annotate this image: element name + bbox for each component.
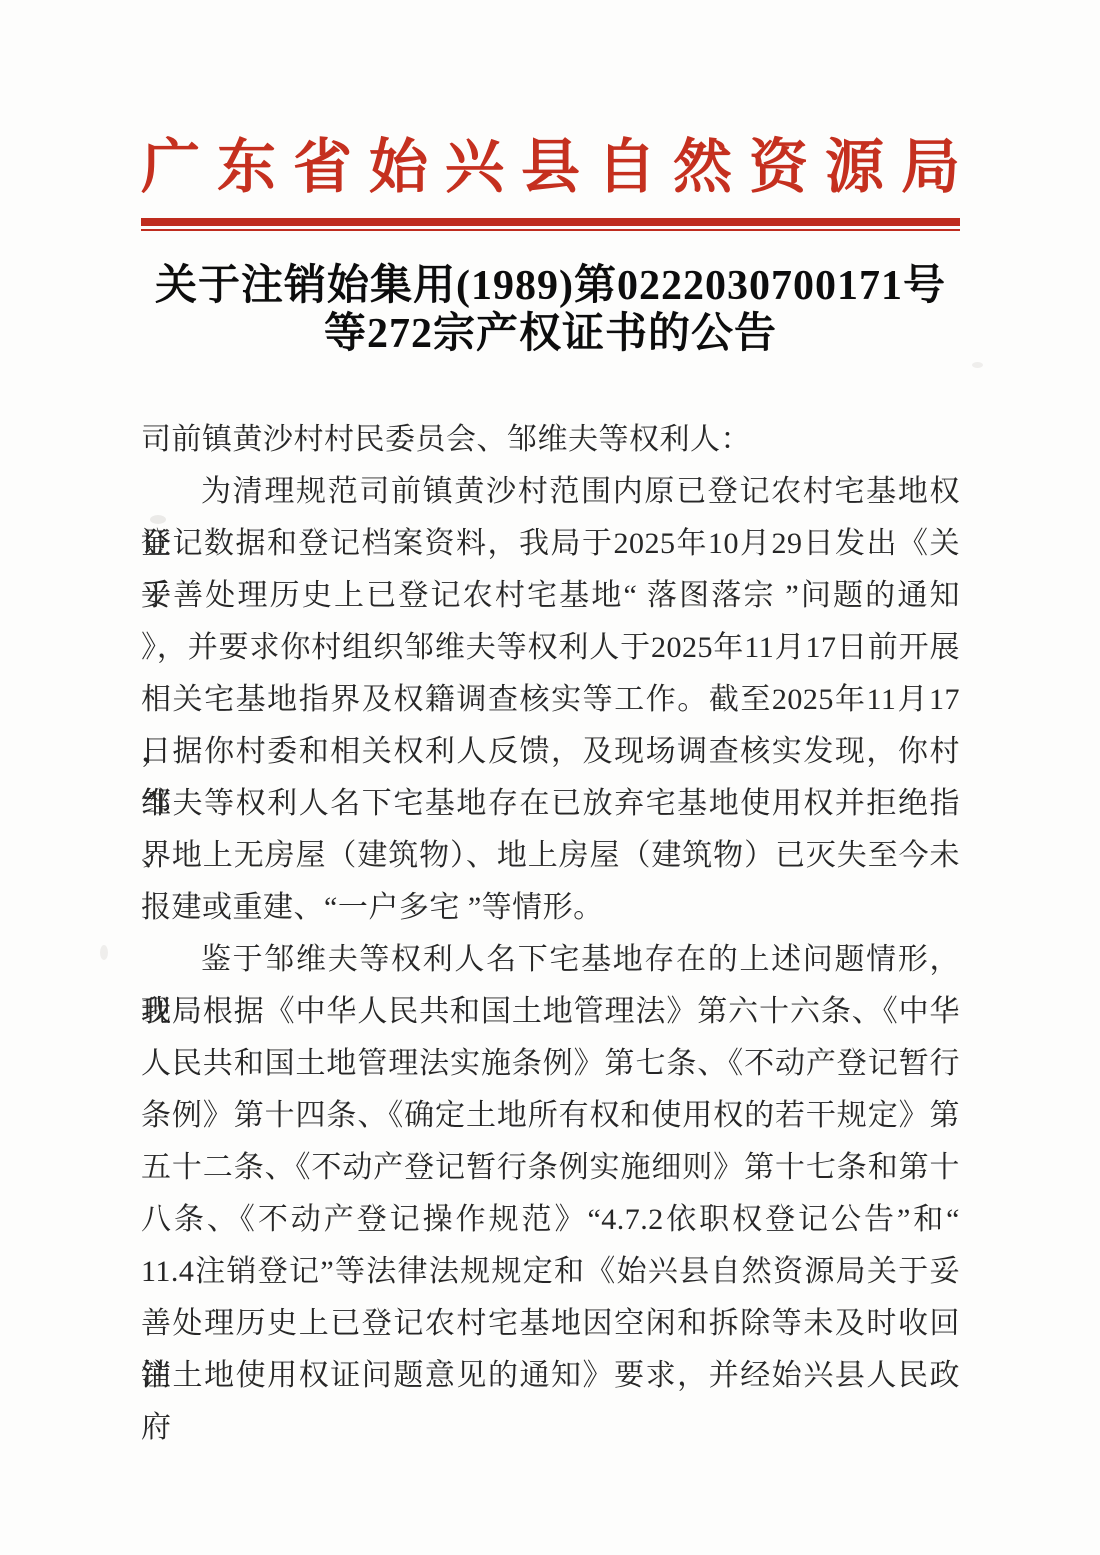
agency-name-header: 广东省始兴县自然资源局: [141, 136, 960, 198]
scan-artifact: [100, 945, 108, 960]
body-line: 相关宅基地指界及权籍调查核实等工作。截至2025年11月17日: [141, 674, 960, 726]
body-line: 为清理规范司前镇黄沙村范围内原已登记农村宅基地权证: [141, 466, 960, 518]
scan-artifact: [972, 362, 983, 368]
body-line: 五十二条、《不动产登记暂行条例实施细则》第十七条和第十: [141, 1142, 960, 1194]
body-line: 登记数据和登记档案资料，我局于2025年10月29日发出《关于: [141, 518, 960, 570]
notice-title-line2: 等272宗产权证书的公告: [141, 310, 960, 358]
body-line: 妥善处理历史上已登记农村宅基地“ 落图落宗 ”问题的通知: [141, 570, 960, 622]
red-rule-thin: [141, 229, 960, 231]
body-line: 人民共和国土地管理法实施条例》第七条、《不动产登记暂行: [141, 1038, 960, 1090]
notice-body: 司前镇黄沙村村民委员会、邹维夫等权利人：为清理规范司前镇黄沙村范围内原已登记农村…: [141, 414, 960, 1402]
document-content: 广东省始兴县自然资源局 关于注销始集用(1989)第0222030700171号…: [141, 0, 960, 1402]
document-page: 广东省始兴县自然资源局 关于注销始集用(1989)第0222030700171号…: [0, 0, 1100, 1555]
notice-title: 关于注销始集用(1989)第0222030700171号 等272宗产权证书的公…: [141, 262, 960, 358]
body-line: 鉴于邹维夫等权利人名下宅基地存在的上述问题情形，现: [141, 934, 960, 986]
notice-title-line1: 关于注销始集用(1989)第0222030700171号: [141, 262, 960, 310]
body-line: 我局根据《中华人民共和国土地管理法》第六十六条、《中华: [141, 986, 960, 1038]
body-line: 、地上无房屋（建筑物）、地上房屋（建筑物）已灭失至今未: [141, 830, 960, 882]
salutation-line: 司前镇黄沙村村民委员会、邹维夫等权利人：: [141, 414, 960, 466]
body-line: 》，并要求你村组织邹维夫等权利人于2025年11月17日前开展: [141, 622, 960, 674]
body-line: 销土地使用权证问题意见的通知》要求，并经始兴县人民政府: [141, 1350, 960, 1402]
body-line: 报建或重建、“一户多宅 ”等情形。: [141, 882, 960, 934]
body-line: ，据你村委和相关权利人反馈，及现场调查核实发现，你村邹: [141, 726, 960, 778]
body-line: 条例》第十四条、《确定土地所有权和使用权的若干规定》第: [141, 1090, 960, 1142]
body-line: 维夫等权利人名下宅基地存在已放弃宅基地使用权并拒绝指界: [141, 778, 960, 830]
body-line: 八条、《不动产登记操作规范》“4.7.2依职权登记公告”和“: [141, 1194, 960, 1246]
red-rule-thick: [141, 218, 960, 226]
body-line: 善处理历史上已登记农村宅基地因空闲和拆除等未及时收回注: [141, 1298, 960, 1350]
body-line: 11.4注销登记”等法律法规规定和《始兴县自然资源局关于妥: [141, 1246, 960, 1298]
